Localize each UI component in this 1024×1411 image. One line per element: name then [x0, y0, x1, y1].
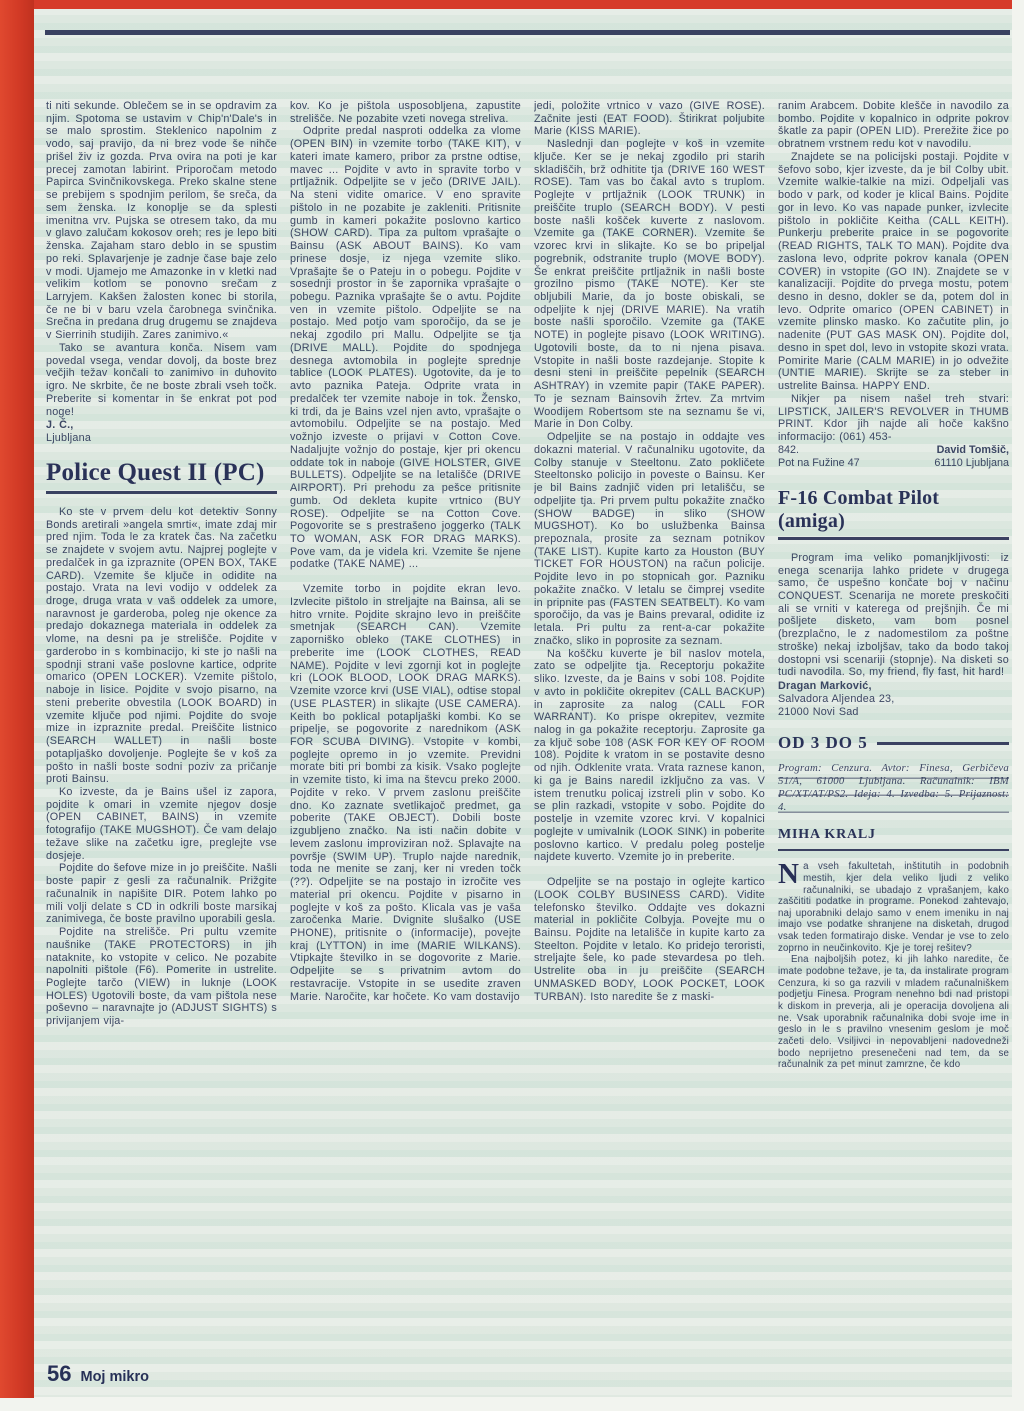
- column-1: ti niti sekunde. Oblečem se in se opdrav…: [46, 100, 277, 1356]
- top-rule: [45, 30, 1010, 35]
- mk-paragraph: Na vseh fakultetah, inštitutih in podobn…: [778, 861, 1009, 954]
- larry-continuation-text: ti niti sekunde. Oblečem se in se opdrav…: [46, 100, 277, 342]
- author-address-row: Pot na Fužine 47 61110 Ljubljana: [778, 457, 1009, 470]
- paper-edge-right: [1012, 0, 1024, 1411]
- magazine-page: ti niti sekunde. Oblečem se in se opdrav…: [0, 0, 1024, 1411]
- page-number: 56: [47, 1361, 71, 1387]
- pq-paragraph: Znajdete se na policijski postaji. Pojdi…: [778, 151, 1009, 393]
- author-city: Ljubljana: [46, 432, 277, 445]
- pq-paragraph: ranim Arabcem. Dobite klešče in navodilo…: [778, 100, 1009, 151]
- article-columns: ti niti sekunde. Oblečem se in se opdrav…: [46, 100, 1010, 1356]
- paper-edge-bottom: [0, 1397, 1024, 1411]
- column-2: kov. Ko je pištola usposobljena, zapusti…: [290, 100, 521, 1356]
- column-3: jedi, položite vrtnico v vazo (GIVE ROSE…: [534, 100, 765, 1356]
- pq-paragraph: Naslednji dan poglejte v koš in vzemite …: [534, 138, 765, 431]
- article-title-police-quest: Police Quest II (PC): [46, 459, 277, 487]
- pq-paragraph: Pojdite do šefove mize in jo preiščite. …: [46, 862, 277, 926]
- pq-paragraph: Odpeljite se na postajo in oddajte ves d…: [534, 431, 765, 647]
- drop-cap: N: [778, 861, 803, 885]
- section-od3do5: OD 3 DO 5: [778, 733, 1009, 753]
- pq-paragraph: Ko ste v prvem delu kot detektiv Sonny B…: [46, 506, 277, 786]
- page-edge-red-left: [0, 0, 34, 1398]
- column-4: ranim Arabcem. Dobite klešče in navodilo…: [778, 100, 1009, 1356]
- pq-paragraph: Pojdite na strelišče. Pri pultu vzemite …: [46, 926, 277, 1028]
- author-city: 21000 Novi Sad: [778, 706, 1009, 719]
- pq-paragraph: Na koščku kuverte je bil naslov motela, …: [534, 648, 765, 864]
- pq-paragraph: Nikjer pa nisem našel treh stvari: LIPST…: [778, 393, 1009, 444]
- pq-paragraph: Odprite predal nasproti oddelka za vlome…: [290, 125, 521, 571]
- heading-rule: [778, 537, 1009, 540]
- phone-number-rest: 842.: [778, 444, 799, 457]
- author-signature: David Tomšič,: [937, 444, 1009, 457]
- page-edge-red-top: [0, 0, 1012, 9]
- author-street: Pot na Fužine 47: [778, 457, 860, 470]
- article-title-miha-kralj: MIHA KRALJ: [778, 827, 1009, 851]
- section-rule: [877, 742, 1009, 745]
- signature-row: 842. David Tomšič,: [778, 444, 1009, 457]
- page-footer: 56 Moj mikro: [47, 1361, 149, 1387]
- pq-paragraph: Ko izveste, da je Bains ušel iz zapora, …: [46, 786, 277, 862]
- mk-paragraph: Ena najboljših potez, ki jih lahko nared…: [778, 954, 1009, 1070]
- review-box-text: Program: Cenzura. Avtor: Finesa, Gerbiče…: [778, 762, 1009, 815]
- pq-paragraph: Odpeljite se na postajo in oglejte karti…: [534, 876, 765, 1003]
- section-title-od3do5: OD 3 DO 5: [778, 733, 868, 753]
- author-signature: Dragan Marković,: [778, 680, 1009, 693]
- article-title-f16: F-16 Combat Pilot (amiga): [778, 487, 1009, 533]
- author-city: 61110 Ljubljana: [934, 457, 1009, 470]
- magazine-name: Moj mikro: [80, 1369, 148, 1385]
- pq-paragraph: Vzemite torbo in pojdite ekran levo. Izv…: [290, 583, 521, 1003]
- author-street: Salvadora Aljendea 23,: [778, 693, 1009, 706]
- author-signature: J. Č.,: [46, 419, 277, 432]
- pq-paragraph: kov. Ko je pištola usposobljena, zapusti…: [290, 100, 521, 125]
- larry-closing-text: Tako se avantura konča. Nisem vam poveda…: [46, 342, 277, 418]
- mk-paragraph-text: a vseh fakultetah, inštitutih in podobni…: [778, 861, 1009, 953]
- pq-paragraph: jedi, položite vrtnico v vazo (GIVE ROSE…: [534, 100, 765, 138]
- f16-paragraph: Program ima veliko pomanjkljivosti: iz e…: [778, 552, 1009, 679]
- heading-rule: [46, 491, 277, 494]
